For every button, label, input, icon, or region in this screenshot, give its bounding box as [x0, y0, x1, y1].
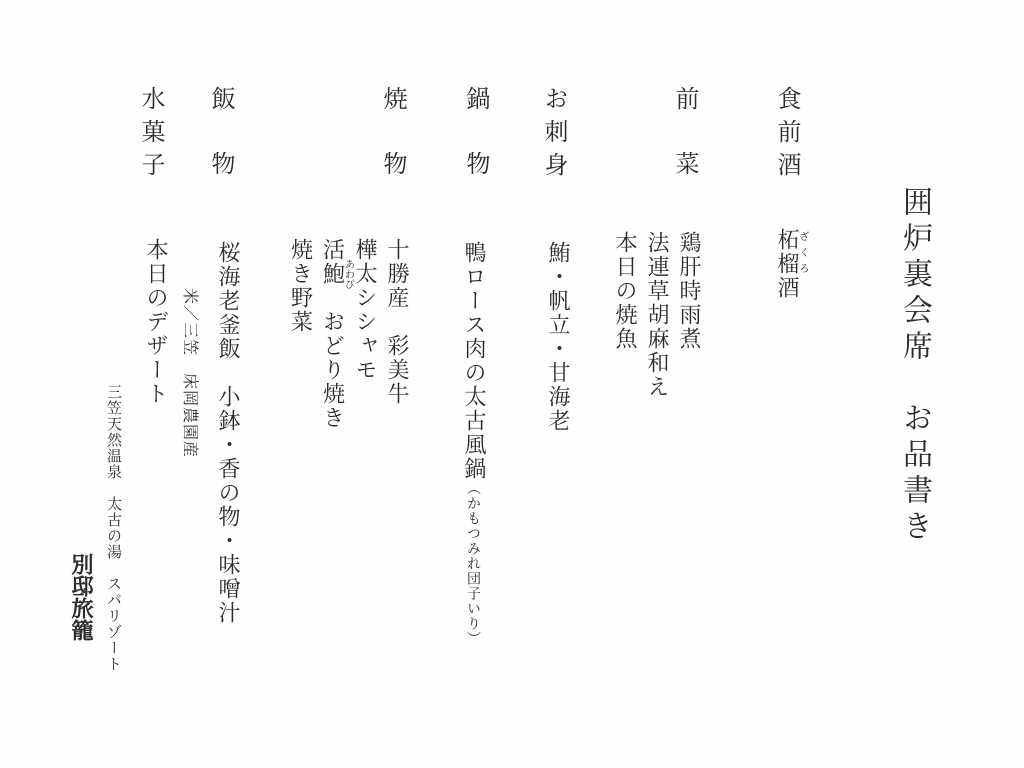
heading-hotpot: 鍋物 [464, 86, 488, 216]
heading-grilled: 焼物 [381, 86, 405, 216]
dish-hotpot: 鴨ロース肉の太古風鍋（かもつみれ団子いり） [457, 241, 489, 646]
dish-group-grilled: 十勝産 彩美牛樺太シシャモ活鮑あわび おどり焼き焼き野菜 [284, 238, 413, 430]
ruby-abalone: 鮑あわび [320, 262, 345, 286]
dish-hotpot-note: （かもつみれ団子いり） [465, 481, 481, 646]
dish-item-abalone: 活鮑あわび おどり焼き [320, 238, 345, 430]
dish-group-appetizer: 鶏肝時雨煮法連草胡麻和え本日の焼魚 [608, 231, 704, 399]
heading-sashimi: お刺身 [542, 86, 566, 185]
ruby-base: 鮑 [320, 259, 345, 289]
dish-sashimi: 鮪・帆立・甘海老 [541, 241, 573, 433]
abalone-suffix: おどり焼き [320, 286, 345, 430]
ruby-base: 柘榴 [774, 228, 799, 276]
dish-item: 焼き野菜 [288, 238, 313, 334]
menu-title: 囲炉裏会席 お品書き [899, 186, 929, 546]
ruby-pomegranate: 柘榴ざくろ [774, 228, 799, 276]
heading-dessert: 水菓子 [139, 86, 163, 185]
heading-rice: 飯物 [209, 86, 233, 216]
ruby-reading: あわび [343, 259, 354, 289]
dish-hotpot-main: 鴨ロース肉の太古風鍋 [461, 241, 486, 481]
rice-provenance-note: 米／三笠 床岡農園産 [182, 288, 198, 458]
dish-aperitif: 柘榴ざくろ酒 [770, 228, 808, 300]
dish-rice: 桜海老釜飯 小鉢・香の物・味噌汁 [211, 241, 243, 625]
dish-dessert: 本日のデザート [139, 238, 171, 406]
dish-item: 十勝産 彩美牛 [384, 238, 409, 406]
dish-item: 法連草胡麻和え [644, 231, 669, 399]
dish-item: 本日の焼魚 [612, 231, 637, 351]
footer-inn-brand: 別邸旅籠 [70, 553, 92, 641]
heading-appetizer: 前菜 [673, 86, 697, 216]
dish-aperitif-suffix: 酒 [774, 276, 799, 300]
ruby-reading: ざくろ [797, 228, 808, 276]
heading-aperitif: 食前酒 [775, 86, 799, 185]
footer-resort-name: 三笠天然温泉 太古の湯 スパリゾート [106, 384, 121, 672]
dish-item: 鶏肝時雨煮 [676, 231, 701, 351]
dish-item: 樺太シシャモ [352, 238, 377, 382]
menu-sheet: 囲炉裏会席 お品書き 食前酒 前菜 お刺身 鍋物 焼物 飯物 水菓子 柘榴ざくろ… [0, 0, 1024, 768]
